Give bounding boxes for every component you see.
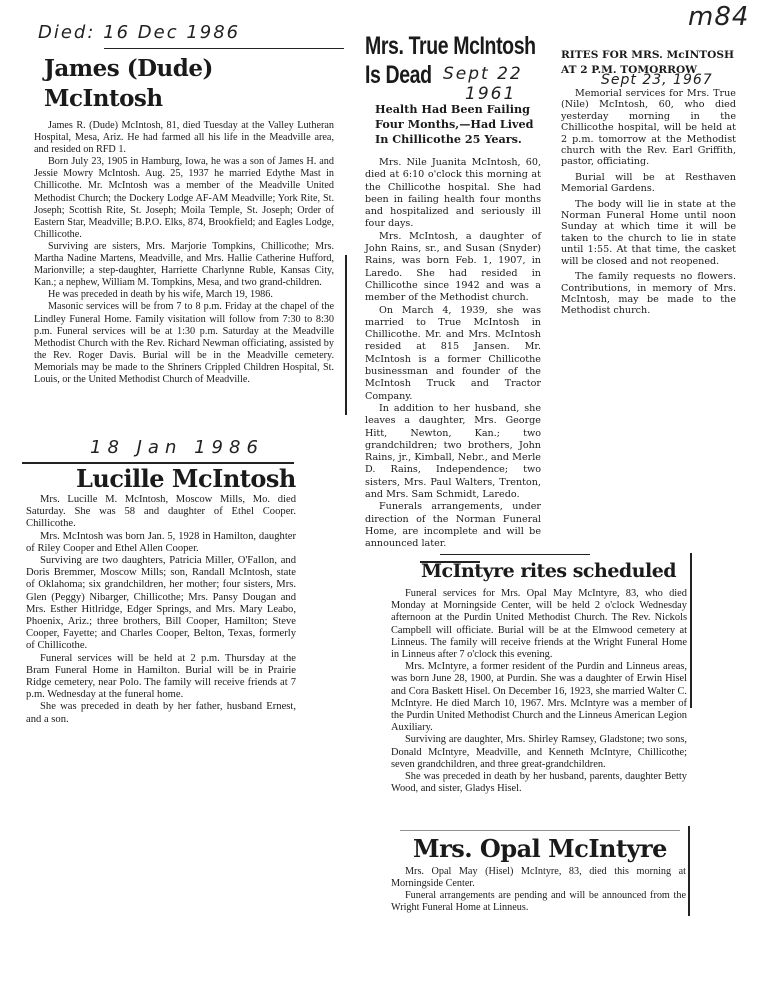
article-body: Memorial services for Mrs. True (Nile) M… (561, 88, 736, 317)
clipping-mcintyre-rites: McIntyre rites scheduled Funeral service… (391, 558, 687, 795)
paragraph: Funeral services will be held at 2 p.m. … (26, 653, 296, 702)
paragraph: Mrs. McIntosh, a daughter of John Rains,… (365, 231, 541, 305)
article-body: James R. (Dude) McIntosh, 81, died Tuesd… (34, 120, 334, 386)
clipping-rites-mcintosh: RITES FOR MRS. McINTOSH AT 2 P.M. TOMORR… (561, 48, 736, 317)
headline: Mrs. Opal McIntyre (413, 834, 686, 864)
headline: James (Dude) McIntosh (44, 54, 334, 114)
paragraph: Surviving are sisters, Mrs. Marjorie Tom… (34, 241, 334, 289)
paragraph: Burial will be at Resthaven Memorial Gar… (561, 172, 736, 195)
paragraph: Surviving are daughter, Mrs. Shirley Ram… (391, 734, 687, 771)
handwritten-date: Sept 22 (443, 64, 523, 84)
clip-edge (688, 826, 690, 916)
headline: McIntyre rites scheduled (421, 558, 687, 584)
divider (400, 830, 680, 831)
paragraph: Mrs. Lucille M. McIntosh, Moscow Mills, … (26, 494, 296, 531)
divider (440, 554, 590, 555)
paragraph: Mrs. McIntyre, a former resident of the … (391, 661, 687, 734)
handwritten-date-year: 1961 (465, 84, 516, 104)
clip-edge (690, 553, 692, 708)
paragraph: The family requests no flowers. Contribu… (561, 271, 736, 317)
handwritten-date: Sept 23, 1967 (601, 72, 713, 88)
paragraph: Mrs. Opal May (Hisel) McIntyre, 83, died… (391, 866, 686, 890)
subheadline: Health Had Been Failing Four Months,—Had… (375, 102, 541, 147)
handwritten-date: 18 Jan 1986 (90, 437, 264, 458)
paragraph: Mrs. McIntosh was born Jan. 5, 1928 in H… (26, 531, 296, 555)
paragraph: Born July 23, 1905 in Hamburg, Iowa, he … (34, 156, 334, 241)
handwritten-date: Died: 16 Dec 1986 (38, 22, 334, 46)
paragraph: Funeral services for Mrs. Opal May McInt… (391, 588, 687, 661)
article-body: Mrs. Lucille M. McIntosh, Moscow Mills, … (26, 494, 296, 726)
clipping-opal-mcintyre: Mrs. Opal McIntyre Mrs. Opal May (Hisel)… (391, 834, 686, 914)
paragraph: On March 4, 1939, she was married to Tru… (365, 305, 541, 403)
page-annotation: m84 (688, 2, 749, 32)
divider (104, 48, 344, 49)
paragraph: In addition to her husband, she leaves a… (365, 403, 541, 501)
paragraph: Masonic services will be from 7 to 8 p.m… (34, 301, 334, 386)
article-body: Funeral services for Mrs. Opal May McInt… (391, 588, 687, 795)
paragraph: Funeral arrangements are pending and wil… (391, 890, 686, 914)
article-body: Mrs. Nile Juanita McIntosh, 60, died at … (365, 157, 541, 551)
paragraph: James R. (Dude) McIntosh, 81, died Tuesd… (34, 120, 334, 156)
paragraph: She was preceded in death by her father,… (26, 701, 296, 725)
paragraph: Memorial services for Mrs. True (Nile) M… (561, 88, 736, 168)
clipping-lucille-mcintosh: Lucille McIntosh Mrs. Lucille M. McIntos… (26, 464, 296, 726)
paragraph: Funerals arrangements, under direction o… (365, 501, 541, 550)
clip-edge (345, 255, 347, 415)
article-body: Mrs. Opal May (Hisel) McIntyre, 83, died… (391, 866, 686, 914)
paragraph: Mrs. Nile Juanita McIntosh, 60, died at … (365, 157, 541, 231)
headline-line: RITES FOR MRS. McINTOSH (561, 48, 736, 63)
paragraph: The body will lie in state at the Norman… (561, 199, 736, 267)
paragraph: He was preceded in death by his wife, Ma… (34, 289, 334, 301)
headline: Lucille McIntosh (76, 464, 296, 494)
headline-line: Mrs. True McIntosh (365, 32, 502, 61)
paragraph: She was preceded in death by her husband… (391, 771, 687, 795)
paragraph: Surviving are two daughters, Patricia Mi… (26, 555, 296, 653)
clipping-true-mcintosh: Mrs. True McIntosh Is Dead Sept 22 1961 … (365, 32, 541, 563)
clipping-james-mcintosh: Died: 16 Dec 1986 James (Dude) McIntosh … (34, 22, 334, 386)
